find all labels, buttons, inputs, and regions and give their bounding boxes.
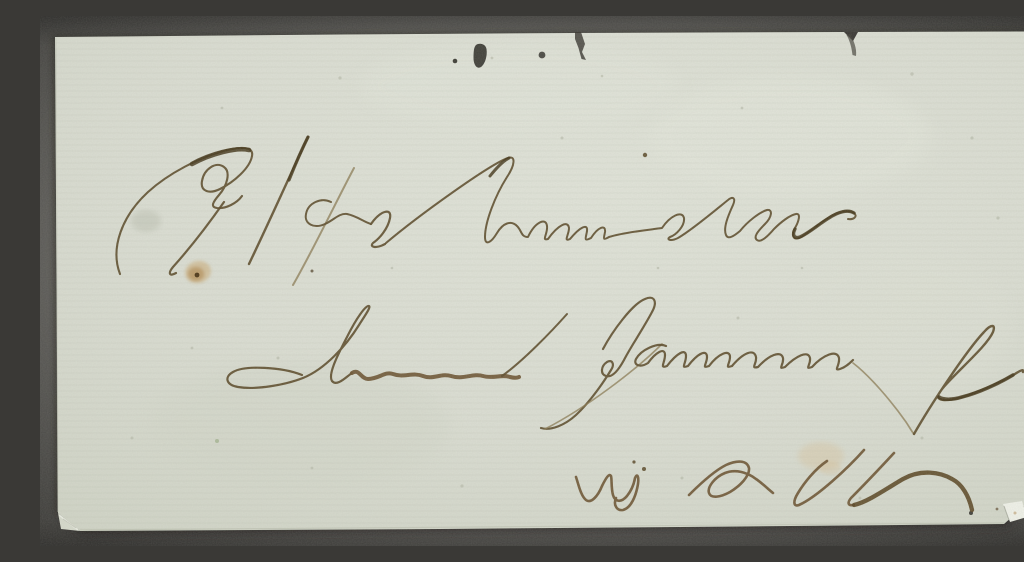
photo-grain <box>40 16 1024 546</box>
autograph-photo-canvas <box>40 16 1024 546</box>
autograph-photo: P H Sheridan Lieut General U S A <box>40 16 1024 546</box>
